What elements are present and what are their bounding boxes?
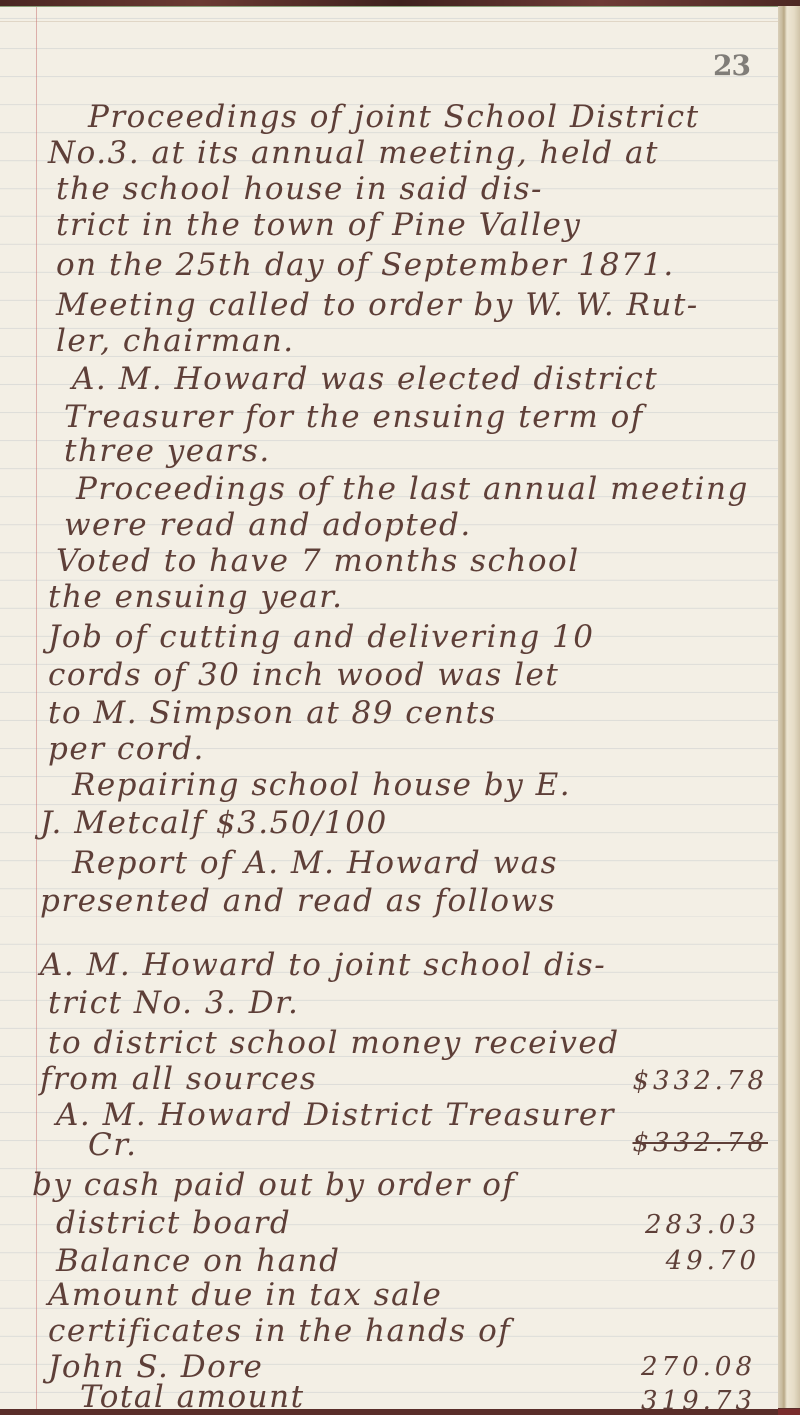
text-line: Cr. [88,1127,138,1163]
text-line: Proceedings of joint School District [88,99,700,135]
text-line: the ensuing year. [48,579,344,615]
text-line: Voted to have 7 months school [56,543,580,579]
page-number: 23 [713,49,750,82]
amount-total: 319.73 [641,1385,756,1415]
text-line: to M. Simpson at 89 cents [48,695,497,731]
amount-tax-sale: 270.08 [641,1351,756,1383]
text-line: Meeting called to order by W. W. Rut- [56,287,699,323]
text-line: the school house in said dis- [56,171,543,207]
text-line: Amount due in tax sale [48,1277,442,1313]
text-line: Total amount [80,1379,305,1415]
text-line: district board [56,1205,291,1241]
text-line: cords of 30 inch wood was let [48,657,559,693]
text-line: were read and adopted. [64,507,472,543]
text-line: per cord. [48,731,205,767]
amount-balance-on-hand: 49.70 [666,1245,760,1277]
text-line: A. M. Howard to joint school dis- [40,947,606,983]
book-binding [778,6,800,1408]
text-line: A. M. Howard District Treasurer [56,1097,615,1133]
text-line: J. Metcalf $3.50/100 [40,805,388,841]
amount-struck-out: $332.78 [632,1127,768,1159]
text-line: Proceedings of the last annual meeting [76,471,749,507]
amount-paid-by-board: 283.03 [645,1209,760,1241]
text-line: No.3. at its annual meeting, held at [48,135,659,171]
text-line: from all sources [40,1061,317,1097]
text-line: Report of A. M. Howard was [72,845,558,881]
ledger-page: 23 Proceedings of joint School District … [0,6,778,1409]
text-line: ler, chairman. [56,323,295,359]
text-line: on the 25th day of September 1871. [56,247,675,283]
text-line: presented and read as follows [40,883,556,919]
page-top-rule [0,21,778,22]
text-line: Job of cutting and delivering 10 [48,619,594,655]
text-line: A. M. Howard was elected district [72,361,658,397]
text-line: trict in the town of Pine Valley [56,207,581,243]
text-line: Repairing school house by E. [72,767,571,803]
amount-received: $332.78 [632,1065,768,1097]
text-line: by cash paid out by order of [32,1167,515,1203]
text-line: Balance on hand [56,1243,340,1279]
text-line: Treasurer for the ensuing term of [64,399,644,435]
text-line: to district school money received [48,1025,620,1061]
text-line: certificates in the hands of [48,1313,511,1349]
text-line: three years. [64,433,271,469]
text-line: trict No. 3. Dr. [48,985,299,1021]
book-cover-bottom-edge [778,1409,800,1415]
